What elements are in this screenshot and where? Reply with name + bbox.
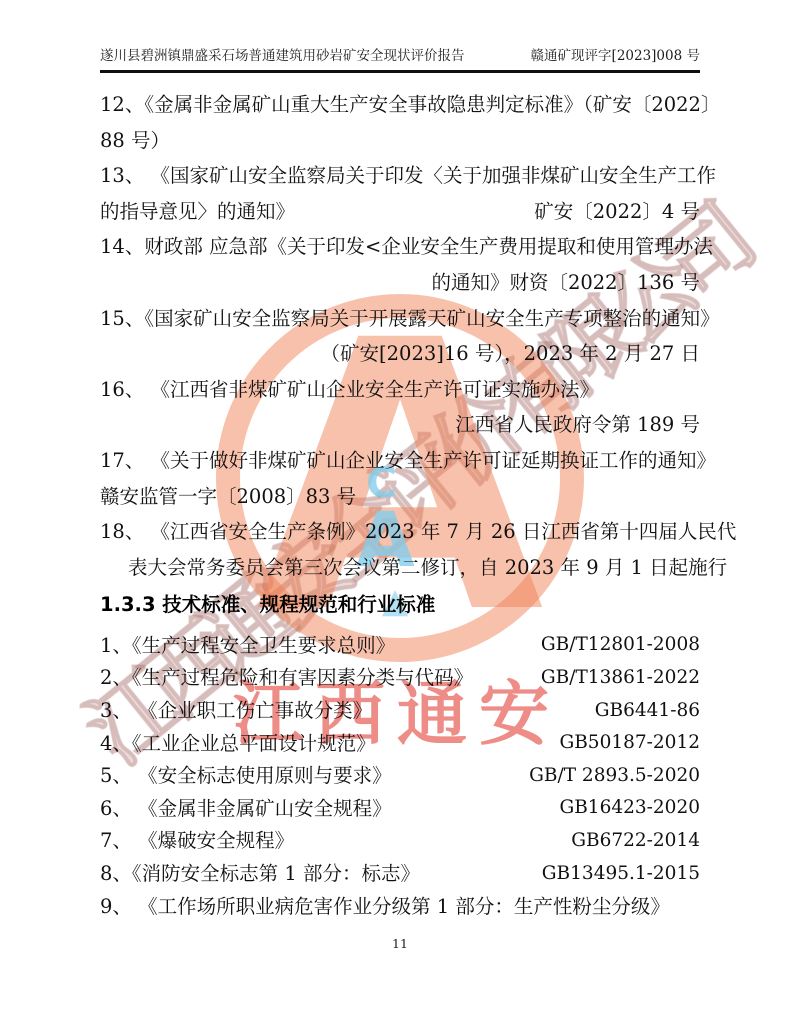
- standard-code: GB13495.1-2015: [542, 865, 700, 884]
- regulation-line: 江西省人民政府令第 189 号: [100, 407, 700, 443]
- regulation-reference-number: 的通知》财资〔2022〕136 号: [431, 273, 700, 293]
- standard-row: 1、《生产过程安全卫生要求总则》GB/T12801-2008: [100, 629, 700, 662]
- standard-row: 4、《工业企业总平面设计规范》GB50187-2012: [100, 727, 700, 760]
- standard-title: 5、 《安全标志使用原则与要求》: [100, 766, 392, 786]
- standard-title: 3、 《企业职工伤亡事故分类》: [100, 701, 372, 721]
- standard-title: 2、《生产过程危险和有害因素分类与代码》: [100, 668, 473, 688]
- regulation-text: 14、财政部 应急部《关于印发<企业安全生产费用提取和使用管理办法: [100, 237, 713, 257]
- standards-list: 1、《生产过程安全卫生要求总则》GB/T12801-20082、《生产过程危险和…: [100, 629, 700, 922]
- regulation-text: 15、《国家矿山安全监察局关于开展露天矿山安全生产专项整治的通知》: [100, 309, 720, 329]
- standard-code: GB/T12801-2008: [541, 636, 700, 655]
- regulation-line: 18、 《江西省安全生产条例》2023 年 7 月 26 日江西省第十四届人民代: [100, 514, 700, 550]
- regulation-line: 88 号）: [100, 123, 700, 159]
- header-document-number: 赣通矿现评字[2023]008 号: [531, 44, 700, 64]
- standard-row: 6、 《金属非金属矿山安全规程》GB16423-2020: [100, 792, 700, 825]
- standard-code: GB/T13861-2022: [541, 669, 700, 688]
- section-heading: 1.3.3 技术标准、规程规范和行业标准: [100, 585, 700, 623]
- regulation-line: 表大会常务委员会第三次会议第二修订，自 2023 年 9 月 1 日起施行: [100, 550, 700, 586]
- regulation-line: 17、 《关于做好非煤矿矿山企业安全生产许可证延期换证工作的通知》: [100, 443, 700, 479]
- regulation-line: 赣安监管一字〔2008〕83 号: [100, 479, 700, 515]
- standard-row: 7、 《爆破安全规程》GB6722-2014: [100, 825, 700, 858]
- standard-code: GB50187-2012: [559, 734, 700, 753]
- header-report-title: 遂川县碧洲镇鼎盛采石场普通建筑用砂岩矿安全现状评价报告: [100, 44, 465, 64]
- regulation-line: 12、《金属非金属矿山重大生产安全事故隐患判定标准》（矿安〔2022〕: [100, 87, 700, 123]
- regulation-text: 的指导意见〉的通知》: [100, 202, 295, 222]
- regulation-list: 12、《金属非金属矿山重大生产安全事故隐患判定标准》（矿安〔2022〕88 号）…: [100, 87, 700, 585]
- standard-title: 8、《消防安全标志第 1 部分：标志》: [100, 864, 420, 884]
- regulation-text: 赣安监管一字〔2008〕83 号: [100, 487, 356, 507]
- standard-title: 1、《生产过程安全卫生要求总则》: [100, 636, 395, 656]
- standard-title: 4、《工业企业总平面设计规范》: [100, 734, 376, 754]
- standard-row: 5、 《安全标志使用原则与要求》GB/T 2893.5-2020: [100, 760, 700, 793]
- regulation-text: 17、 《关于做好非煤矿矿山企业安全生产许可证延期换证工作的通知》: [100, 451, 716, 471]
- page-header: 遂川县碧洲镇鼎盛采石场普通建筑用砂岩矿安全现状评价报告 赣通矿现评字[2023]…: [100, 44, 700, 64]
- standard-code: GB16423-2020: [559, 799, 700, 818]
- regulation-text: 16、 《江西省非煤矿矿山企业安全生产许可证实施办法》: [100, 380, 599, 400]
- standard-title: 7、 《爆破安全规程》: [100, 831, 294, 851]
- regulation-text: 12、《金属非金属矿山重大生产安全事故隐患判定标准》（矿安〔2022〕: [100, 95, 720, 115]
- standard-code: GB6722-2014: [571, 832, 700, 851]
- page-number: 11: [0, 936, 800, 951]
- standard-row: 8、《消防安全标志第 1 部分：标志》GB13495.1-2015: [100, 857, 700, 890]
- regulation-line: 16、 《江西省非煤矿矿山企业安全生产许可证实施办法》: [100, 372, 700, 408]
- regulation-line: 14、财政部 应急部《关于印发<企业安全生产费用提取和使用管理办法: [100, 229, 700, 265]
- standard-row: 3、 《企业职工伤亡事故分类》GB6441-86: [100, 695, 700, 728]
- regulation-line: 的指导意见〉的通知》矿安〔2022〕4 号: [100, 194, 700, 230]
- standard-code: GB/T 2893.5-2020: [529, 767, 700, 786]
- standard-title: 6、 《金属非金属矿山安全规程》: [100, 799, 392, 819]
- header-rule: [100, 70, 700, 73]
- regulation-text: 表大会常务委员会第三次会议第二修订，自 2023 年 9 月 1 日起施行: [128, 558, 727, 578]
- regulation-reference-number: 江西省人民政府令第 189 号: [455, 415, 700, 435]
- report-page: 江西通安全评价有限公司 A C A ▲ 江西通安 遂川县碧洲镇鼎盛采石场普通建筑…: [0, 0, 800, 1035]
- standard-code: GB6441-86: [595, 702, 700, 721]
- regulation-text: 13、 《国家矿山安全监察局关于印发〈关于加强非煤矿山安全生产工作: [100, 166, 716, 186]
- standard-row: 2、《生产过程危险和有害因素分类与代码》GB/T13861-2022: [100, 662, 700, 695]
- standard-title: 9、 《工作场所职业病危害作业分级第 1 部分：生产性粉尘分级》: [100, 897, 670, 917]
- regulation-line: 15、《国家矿山安全监察局关于开展露天矿山安全生产专项整治的通知》: [100, 301, 700, 337]
- regulation-line: （矿安[2023]16 号），2023 年 2 月 27 日: [100, 336, 700, 372]
- regulation-line: 13、 《国家矿山安全监察局关于印发〈关于加强非煤矿山安全生产工作: [100, 158, 700, 194]
- regulation-reference-number: 矿安〔2022〕4 号: [534, 202, 700, 222]
- regulation-reference-number: （矿安[2023]16 号），2023 年 2 月 27 日: [321, 344, 700, 364]
- regulation-line: 的通知》财资〔2022〕136 号: [100, 265, 700, 301]
- document-body: 12、《金属非金属矿山重大生产安全事故隐患判定标准》（矿安〔2022〕88 号）…: [100, 87, 700, 923]
- regulation-text: 88 号）: [100, 131, 170, 151]
- standard-row: 9、 《工作场所职业病危害作业分级第 1 部分：生产性粉尘分级》: [100, 890, 700, 923]
- regulation-text: 18、 《江西省安全生产条例》2023 年 7 月 26 日江西省第十四届人民代: [100, 522, 736, 542]
